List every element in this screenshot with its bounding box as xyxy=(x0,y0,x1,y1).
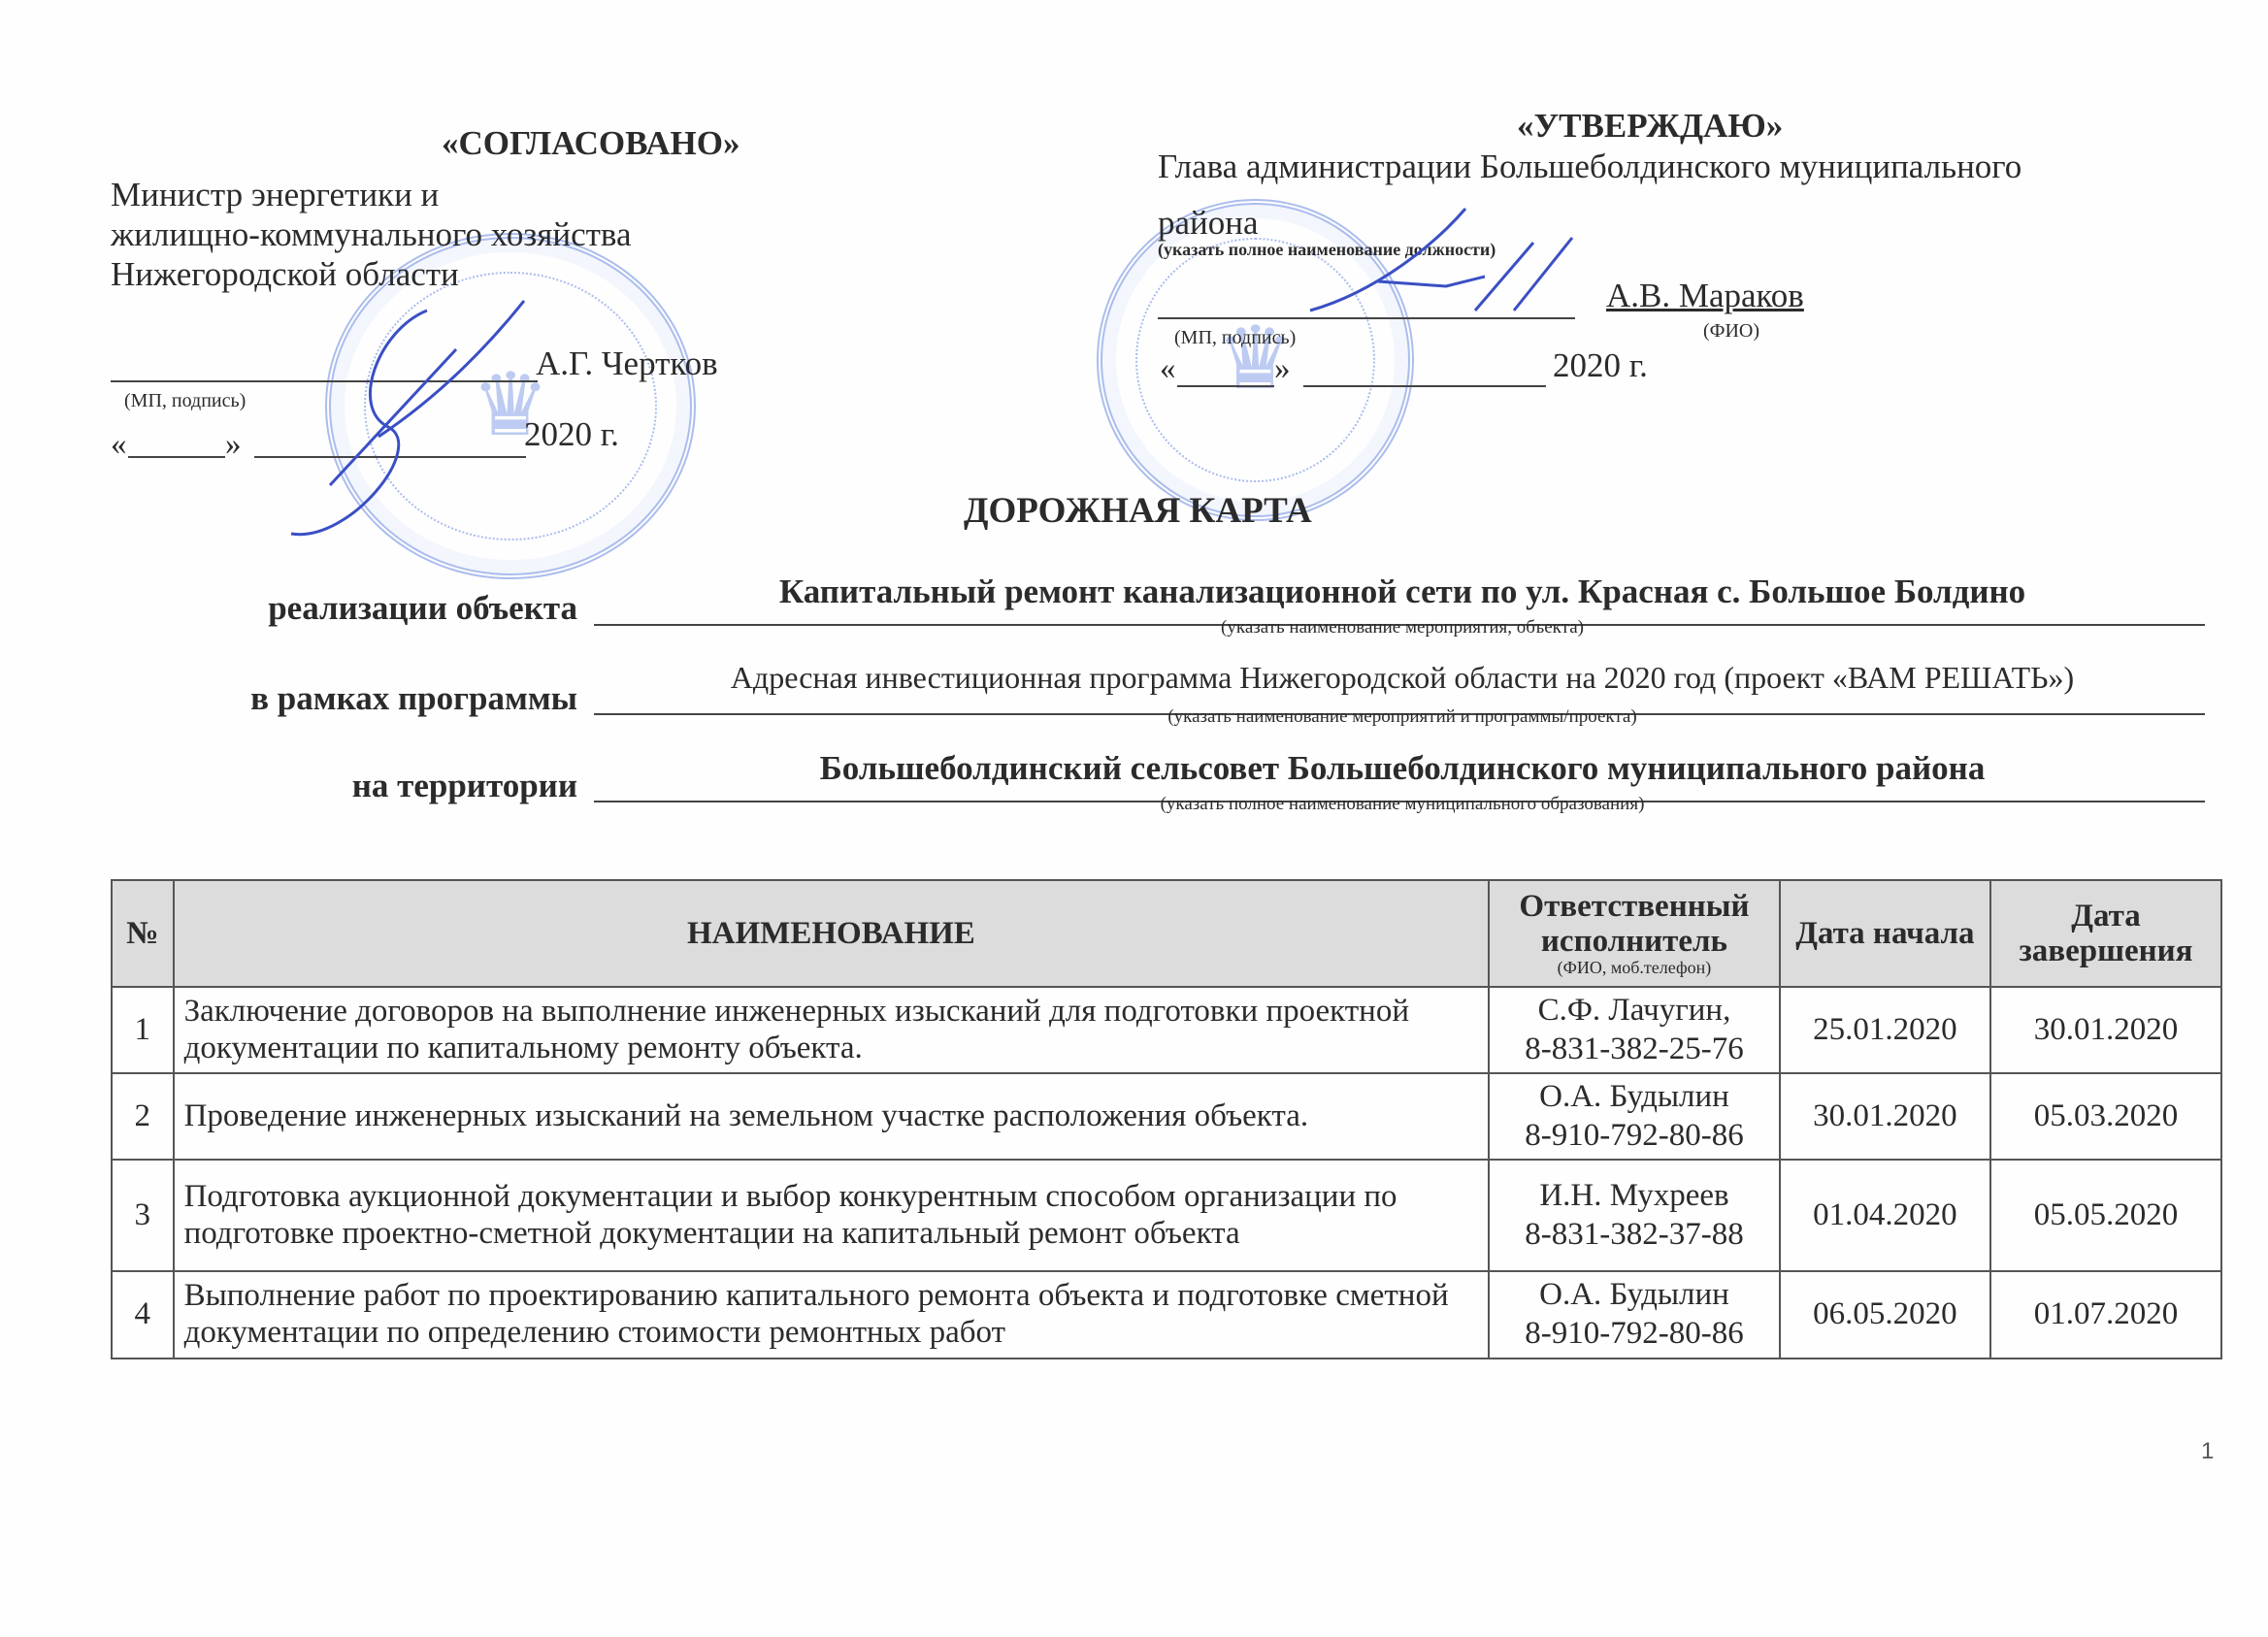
header-responsible-sub: (ФИО, моб.телефон) xyxy=(1499,959,1768,978)
row-num: 3 xyxy=(112,1160,174,1271)
year: 2020 г. xyxy=(1553,346,1648,385)
date-day-line xyxy=(128,456,225,458)
responsible-phone: 8-831-382-37-88 xyxy=(1499,1216,1768,1255)
date-open-quote: « xyxy=(1160,351,1176,387)
date-month-line xyxy=(1303,385,1546,387)
row-start-date: 30.01.2020 xyxy=(1780,1073,1990,1160)
row-end-date: 01.07.2020 xyxy=(1990,1271,2221,1358)
table-row: 4 Выполнение работ по проектированию кап… xyxy=(112,1271,2221,1358)
field-value-program: Адресная инвестиционная программа Нижего… xyxy=(597,660,2208,696)
row-num: 2 xyxy=(112,1073,174,1160)
field-label-territory: на территории xyxy=(233,767,577,805)
row-name: Подготовка аукционной документации и выб… xyxy=(174,1160,1490,1271)
signature-left xyxy=(233,291,563,543)
field-caption: (указать наименование мероприятий и прог… xyxy=(597,706,2208,728)
row-end-date: 05.05.2020 xyxy=(1990,1160,2221,1271)
date-day-line xyxy=(1177,385,1274,387)
field-caption: (указать наименование мероприятия, объек… xyxy=(597,617,2208,638)
responsible-person: С.Ф. Лачугин, xyxy=(1499,992,1768,1031)
row-start-date: 01.04.2020 xyxy=(1780,1160,1990,1271)
row-end-date: 05.03.2020 xyxy=(1990,1073,2221,1160)
row-responsible: О.А. Будылин 8-910-792-80-86 xyxy=(1489,1073,1779,1160)
header-num: № xyxy=(112,880,174,987)
row-name: Проведение инженерных изысканий на земел… xyxy=(174,1073,1490,1160)
header-end: Дата завершения xyxy=(1990,880,2221,987)
roadmap-table: № НАИМЕНОВАНИЕ Ответственный исполнитель… xyxy=(111,879,2222,1359)
responsible-person: О.А. Будылин xyxy=(1499,1276,1768,1315)
position-line: жилищно-коммунального хозяйства xyxy=(111,214,632,254)
field-label-object: реализации объекта xyxy=(233,589,577,628)
table-row: 3 Подготовка аукционной документации и в… xyxy=(112,1160,2221,1271)
approval-right-heading: «УТВЕРЖДАЮ» xyxy=(1517,107,1783,146)
approval-left-position: Министр энергетики и жилищно-коммунально… xyxy=(111,175,632,294)
field-value-object: Капитальный ремонт канализационной сети … xyxy=(597,573,2208,611)
row-start-date: 25.01.2020 xyxy=(1780,987,1990,1073)
signature-caption: (МП, подпись) xyxy=(1174,327,1296,349)
header-name: НАИМЕНОВАНИЕ xyxy=(174,880,1490,987)
signer-name: А.В. Мараков xyxy=(1606,277,1804,315)
header-start: Дата начала xyxy=(1780,880,1990,987)
approval-left-heading: «СОГЛАСОВАНО» xyxy=(442,124,740,163)
row-start-date: 06.05.2020 xyxy=(1780,1271,1990,1358)
row-num: 1 xyxy=(112,987,174,1073)
header-responsible-label: Ответственный исполнитель xyxy=(1519,889,1749,959)
document-title: ДОРОЖНАЯ КАРТА xyxy=(964,490,1312,532)
responsible-phone: 8-910-792-80-86 xyxy=(1499,1315,1768,1354)
approval-right-position-line1: Глава администрации Большеболдинского му… xyxy=(1158,147,2021,186)
row-name: Заключение договоров на выполнение инжен… xyxy=(174,987,1490,1073)
position-line: Нижегородской области xyxy=(111,254,632,294)
responsible-phone: 8-831-382-25-76 xyxy=(1499,1031,1768,1069)
table-row: 2 Проведение инженерных изысканий на зем… xyxy=(112,1073,2221,1160)
row-end-date: 30.01.2020 xyxy=(1990,987,2221,1073)
signature-right xyxy=(1291,204,1582,320)
row-responsible: О.А. Будылин 8-910-792-80-86 xyxy=(1489,1271,1779,1358)
field-label-program: в рамках программы xyxy=(194,679,577,718)
table-header-row: № НАИМЕНОВАНИЕ Ответственный исполнитель… xyxy=(112,880,2221,987)
signer-name: А.Г. Чертков xyxy=(536,344,718,383)
row-num: 4 xyxy=(112,1271,174,1358)
name-caption: (ФИО) xyxy=(1703,320,1759,343)
page-number: 1 xyxy=(2201,1438,2214,1465)
field-value-territory: Большеболдинский сельсовет Большеболдинс… xyxy=(597,749,2208,788)
signature-caption: (МП, подпись) xyxy=(124,390,246,412)
position-line: Министр энергетики и xyxy=(111,175,632,214)
date-close-quote: » xyxy=(1274,351,1291,387)
approval-right-position-line2: района xyxy=(1158,204,1259,243)
field-caption: (указать полное наименование муниципальн… xyxy=(597,794,2208,815)
header-responsible: Ответственный исполнитель (ФИО, моб.теле… xyxy=(1489,880,1779,987)
responsible-phone: 8-910-792-80-86 xyxy=(1499,1117,1768,1156)
row-name: Выполнение работ по проектированию капит… xyxy=(174,1271,1490,1358)
date-open-quote: « xyxy=(111,427,127,463)
row-responsible: И.Н. Мухреев 8-831-382-37-88 xyxy=(1489,1160,1779,1271)
responsible-person: И.Н. Мухреев xyxy=(1499,1177,1768,1216)
table-row: 1 Заключение договоров на выполнение инж… xyxy=(112,987,2221,1073)
row-responsible: С.Ф. Лачугин, 8-831-382-25-76 xyxy=(1489,987,1779,1073)
responsible-person: О.А. Будылин xyxy=(1499,1078,1768,1117)
